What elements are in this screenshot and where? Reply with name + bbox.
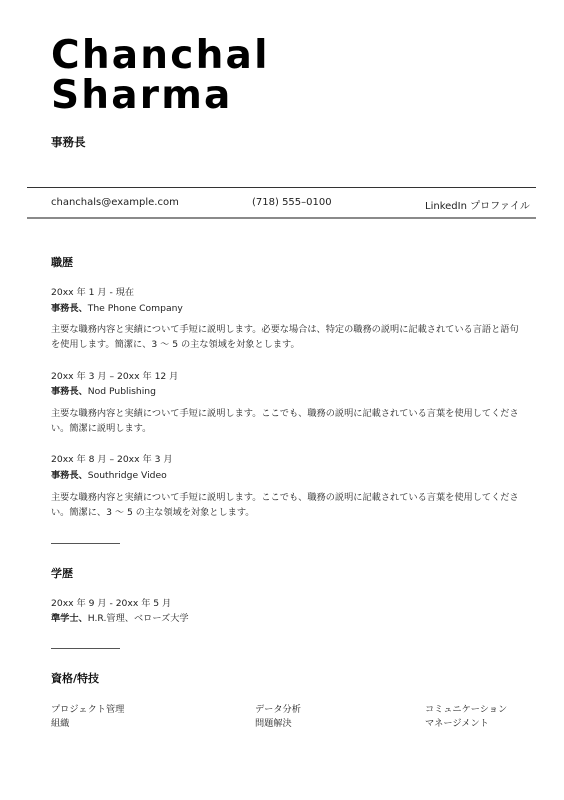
job-dates: 20xx 年 3 月 – 20xx 年 12 月 [51, 368, 178, 382]
job-title: 事務長 [51, 134, 86, 150]
contact-top-divider [27, 187, 536, 188]
degree-details: H.R.管理、ベローズ大学 [88, 613, 189, 624]
job-title-label: 事務長、 [51, 386, 88, 397]
contact-linkedin[interactable]: LinkedIn プロファイル [425, 197, 530, 212]
job-dates: 20xx 年 8 月 – 20xx 年 3 月 [51, 451, 173, 465]
job-role: 事務長、The Phone Company [51, 300, 183, 314]
company-name: The Phone Company [88, 303, 183, 314]
section-heading-education: 学歴 [51, 565, 73, 581]
skill-item: マネージメント [425, 715, 489, 729]
section-divider [51, 543, 120, 544]
name-first: Chanchal [51, 36, 270, 76]
job-dates: 20xx 年 1 月 - 現在 [51, 284, 134, 298]
education-degree: 準学士、H.R.管理、ベローズ大学 [51, 610, 189, 624]
section-heading-skills: 資格/特技 [51, 670, 99, 686]
company-name: Nod Publishing [88, 386, 156, 397]
skill-item: コミュニケーション [425, 701, 507, 715]
skill-item: 問題解決 [255, 715, 292, 729]
contact-bottom-divider [27, 217, 536, 219]
skill-item: データ分析 [255, 701, 301, 715]
job-title-label: 事務長、 [51, 303, 88, 314]
job-role: 事務長、Nod Publishing [51, 383, 156, 397]
job-description: 主要な職務内容と実績について手短に説明します。ここでも、職務の説明に記載されてい… [51, 406, 521, 436]
contact-email[interactable]: chanchals@example.com [51, 197, 179, 208]
applicant-name: Chanchal Sharma [51, 36, 270, 116]
contact-phone: (718) 555–0100 [252, 197, 332, 208]
education-dates: 20xx 年 9 月 - 20xx 年 5 月 [51, 595, 171, 609]
section-heading-experience: 職歴 [51, 254, 73, 270]
degree-label: 準学士、 [51, 613, 88, 624]
job-description: 主要な職務内容と実績について手短に説明します。必要な場合は、特定の職務の説明に記… [51, 322, 521, 352]
company-name: Southridge Video [88, 470, 167, 481]
job-title-label: 事務長、 [51, 470, 88, 481]
name-last: Sharma [51, 76, 270, 116]
skill-item: プロジェクト管理 [51, 701, 124, 715]
skill-item: 組織 [51, 715, 69, 729]
section-divider [51, 648, 120, 649]
job-description: 主要な職務内容と実績について手短に説明します。ここでも、職務の説明に記載されてい… [51, 490, 521, 520]
job-role: 事務長、Southridge Video [51, 467, 167, 481]
